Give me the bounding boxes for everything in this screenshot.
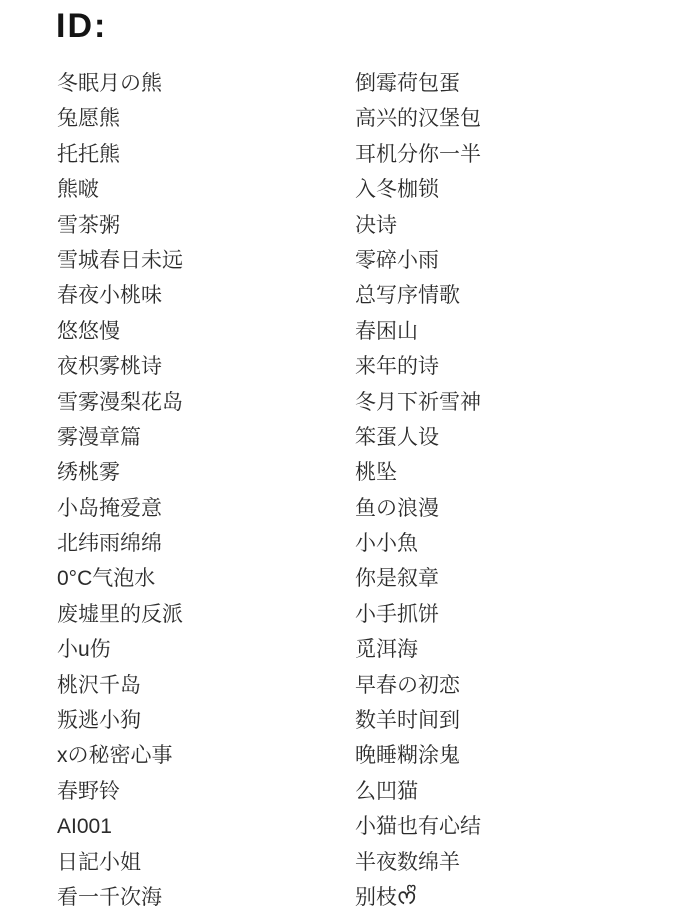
id-list-item: 雪雾漫梨花岛 xyxy=(57,385,183,420)
page-title: ID: xyxy=(56,4,107,48)
id-columns: 冬眠月の熊兔愿熊托托熊熊啵雪茶粥雪城春日未远春夜小桃味悠悠慢夜枳雾桃诗雪雾漫梨花… xyxy=(0,66,690,917)
id-column-left: 冬眠月の熊兔愿熊托托熊熊啵雪茶粥雪城春日未远春夜小桃味悠悠慢夜枳雾桃诗雪雾漫梨花… xyxy=(57,66,183,915)
id-list-item: 桃沢千岛 xyxy=(57,668,183,703)
id-list-item: 雾漫章篇 xyxy=(57,420,183,455)
id-list-item: 别枝ᰔᩚ xyxy=(355,880,481,915)
id-list-item: 数羊时间到 xyxy=(355,703,481,738)
id-list-item: 叛逃小狗 xyxy=(57,703,183,738)
id-list-item: AI001 xyxy=(57,809,183,844)
id-list-item: 桃坠 xyxy=(355,455,481,490)
id-list-item: 看一千次海 xyxy=(57,880,183,915)
id-list-item: xの秘密心事 xyxy=(57,738,183,773)
id-list-item: 夜枳雾桃诗 xyxy=(57,349,183,384)
id-list-item: 早春の初恋 xyxy=(355,668,481,703)
id-list-item: 笨蛋人设 xyxy=(355,420,481,455)
id-list-item: 零碎小雨 xyxy=(355,243,481,278)
id-list-item: 鱼の浪漫 xyxy=(355,491,481,526)
id-list-item: 日記小姐 xyxy=(57,845,183,880)
id-list-item: 小手抓饼 xyxy=(355,597,481,632)
id-list-item: 托托熊 xyxy=(57,137,183,172)
id-list-item: 觅洱海 xyxy=(355,632,481,667)
id-list-item: 春夜小桃味 xyxy=(57,278,183,313)
id-list-item: 小猫也有心结 xyxy=(355,809,481,844)
id-list-item: 熊啵 xyxy=(57,172,183,207)
id-list-item: 总写序情歌 xyxy=(355,278,481,313)
id-list-item: 入冬枷锁 xyxy=(355,172,481,207)
id-list-item: 决诗 xyxy=(355,208,481,243)
id-list-item: 来年的诗 xyxy=(355,349,481,384)
id-list-item: 小小魚 xyxy=(355,526,481,561)
id-list-item: 春野铃 xyxy=(57,774,183,809)
id-column-right: 倒霉荷包蛋高兴的汉堡包耳机分你一半入冬枷锁决诗零碎小雨总写序情歌春困山来年的诗冬… xyxy=(355,66,481,915)
id-list-item: 废墟里的反派 xyxy=(57,597,183,632)
id-list-item: 你是叙章 xyxy=(355,561,481,596)
id-list-item: 春困山 xyxy=(355,314,481,349)
id-list-item: 高兴的汉堡包 xyxy=(355,101,481,136)
id-list-item: 晚睡糊涂鬼 xyxy=(355,738,481,773)
id-list-item: 小岛掩爱意 xyxy=(57,491,183,526)
id-list-item: 绣桃雾 xyxy=(57,455,183,490)
id-list-item: 冬眠月の熊 xyxy=(57,66,183,101)
id-list-item: 冬月下祈雪神 xyxy=(355,385,481,420)
id-list-item: 半夜数绵羊 xyxy=(355,845,481,880)
id-list-item: 北纬雨绵绵 xyxy=(57,526,183,561)
id-list-item: 小u伤 xyxy=(57,632,183,667)
id-list-item: 倒霉荷包蛋 xyxy=(355,66,481,101)
id-list-item: 么凹猫 xyxy=(355,774,481,809)
id-list-item: 0°C气泡水 xyxy=(57,561,183,596)
id-list-item: 雪茶粥 xyxy=(57,208,183,243)
id-list-item: 兔愿熊 xyxy=(57,101,183,136)
id-list-item: 耳机分你一半 xyxy=(355,137,481,172)
id-list-item: 雪城春日未远 xyxy=(57,243,183,278)
id-list-item: 悠悠慢 xyxy=(57,314,183,349)
